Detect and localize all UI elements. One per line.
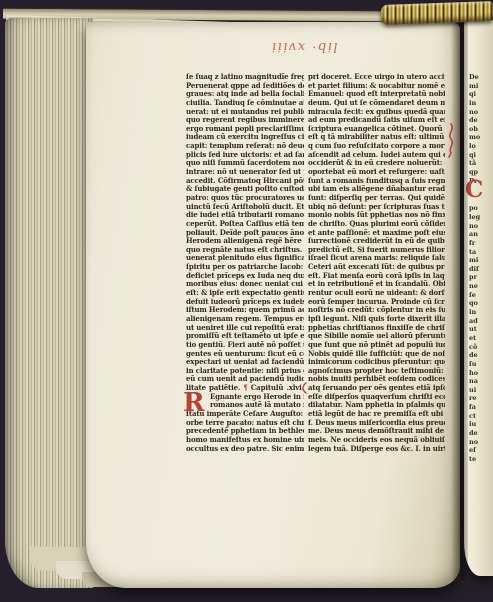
text-line: no	[469, 108, 492, 117]
text-line: ceperũt. Poſtea Caſſius etiã templũ ex-	[186, 220, 304, 229]
text-line: orbe terre pacato: natus eſt chriſtus ſe…	[186, 419, 304, 428]
text-line: die iudei etiã tributarii romanorum eſſe	[186, 211, 304, 220]
text-line: Ceteri aũt excecati ſũt: de quibus predi…	[308, 263, 445, 272]
text-line: po	[469, 204, 492, 213]
text-line: ob	[469, 125, 492, 134]
text-line: monio nobis ſũt pphetias nos nõ finxiſſe	[308, 211, 445, 220]
text-line: q cum ſuo reſuſcitato corpore a mortuis	[308, 142, 445, 151]
page-stack-fore-edge	[5, 18, 93, 588]
text-line: & ſubiugate genti poſito cuſtode Anti-	[186, 185, 304, 194]
text-line: ergo romani popli preclariſſimus prĩceps…	[186, 125, 304, 134]
column-lines: pri doceret. Ecce uirgo in utero accipie…	[308, 73, 445, 453]
text-line: quo regerent regibus immineret. Põpeius	[186, 116, 304, 125]
text-line: an	[469, 230, 492, 239]
text-line: in	[469, 308, 492, 317]
text-line: oportebat eũ mori et reſurgere: uaſtati	[308, 168, 445, 177]
text-line: fr	[469, 239, 492, 248]
text-line: uerat: ut ei mutandus rei publice ſtatus	[186, 108, 304, 117]
text-line: poliauit. Deĩde poſt paucos ãnos etiã	[186, 229, 304, 238]
text-line: accedit. Cõfirmatoq Hircani põtificatu	[186, 177, 304, 186]
chapter-label: Capitulũ	[251, 384, 284, 392]
text-line: tio gentiũ. Fieri autẽ nõ poſſet ut expe…	[186, 341, 304, 350]
text-line: mi	[469, 256, 492, 265]
text-line: de	[469, 429, 492, 438]
text-line: homo manifeſtus ex homine uirgine: deus	[186, 436, 304, 445]
text-line: fa	[469, 403, 492, 412]
text-line: ſu	[469, 360, 492, 369]
text-line: diſ	[469, 265, 492, 274]
text-line: et pariet filium: & uocabitur nomẽ eius	[308, 82, 445, 91]
text-line: quo niſi ſummũ ſacerdotem non licebat	[186, 159, 304, 168]
text-line: deum. Qui ut ſe cõmendaret deum multa	[308, 99, 445, 108]
text-line: ad eum predicandũ ſatis uiſum eſt eſſe	[308, 116, 445, 125]
text-line: inimicorum codicibus pferuntur: quos	[308, 358, 445, 367]
text-line: re	[469, 394, 492, 403]
text-line: patro: quos tũc procuratores uocabãt:	[186, 194, 304, 203]
text-line: Nobis quidẽ ille ſufficiũt: que de noſtr…	[308, 350, 445, 359]
text-line: me. Deus meus demõſtrauit mihi de inimic…	[308, 427, 445, 436]
facing-page-sliver: DemiqiinnodeobmoloqitãqpPr polegnoanfrta…	[464, 20, 493, 576]
text-line: lo	[469, 142, 492, 151]
text-line: ho	[469, 369, 492, 378]
text-line: iſtum Herodem: quem primũ acceperunt	[186, 306, 304, 315]
lombard-initial-c: C	[465, 180, 483, 200]
text-line: plicis ſed iure uictoris: et ad ſancta ſ…	[186, 151, 304, 160]
pilcrow-icon: ¶	[243, 384, 247, 392]
text-line: et	[469, 334, 492, 343]
text-line: eſ	[469, 446, 492, 455]
text-line: ad	[469, 317, 492, 326]
text-line: atq ſeruando per oẽs gentes etiã ipſos	[308, 384, 445, 393]
text-line: ſpiritu per os patriarche Iacob: ubi ait…	[186, 263, 304, 272]
text-line: de chriſto. Quas plurimi eorũ cõſiderant…	[308, 220, 445, 229]
text-line: ſcriptura euangelica cõtinet. Quorũ prim…	[308, 125, 445, 134]
text-line: precedentẽ pphetiam in bethleem Iude:	[186, 427, 304, 436]
text-line: et ante paſſionẽ: et maxime poſt eius re…	[308, 229, 445, 238]
text-line: ſunt a romanis funditusq a ſuis regnis	[308, 177, 445, 186]
text-line: moribus eius: donec ueniat cui repoſitũ	[186, 280, 304, 289]
fragment-lines: DemiqiinnodeobmoloqitãqpPr	[469, 73, 492, 185]
text-line: ut	[469, 325, 492, 334]
text-line: Herodem alienigenã regẽ hẽre meruerũt:	[186, 237, 304, 246]
text-line: uinctũ ſecũ Ariſtobolũ ducit. Et ex illa	[186, 203, 304, 212]
text-line: Emanuel: quod eſt interpretatũ nobiſcũ	[308, 90, 445, 99]
text-line: promiſſũ eſt teſtamẽto ut ipſe eſſet exp…	[186, 332, 304, 341]
text-line: eſt q tã mirabiliter natus eſt: ultimũ a…	[308, 133, 445, 142]
text-line: in claritate potentie: niſi prius creder…	[186, 367, 304, 376]
text-line: ubi iam eis aliẽgene dñabantur eradicati	[308, 185, 445, 194]
text-line: quo regnãte natus eſt chriſtus. Iam enĩ	[186, 246, 304, 255]
text-line: que ſunt que nõ ptinẽt ad populũ iudeorũ…	[308, 341, 445, 350]
text-line: miracula fecit: ex quibus quedã quantũ	[308, 108, 445, 117]
text-line: De	[469, 73, 492, 82]
text-line: alienigenam regem. Tempus ergo erat	[186, 315, 304, 324]
text-line: cõ	[469, 343, 492, 352]
text-line: gentes eũ uenturum: ſicut eũ cernimus	[186, 350, 304, 359]
text-line: de	[469, 351, 492, 360]
text-line: ui	[469, 386, 492, 395]
text-line: expectari ut ueniat ad faciendũ iudiciũ	[186, 358, 304, 367]
text-line: ubiq nõ deſunt: per ſcripturas ſuas teſt…	[308, 203, 445, 212]
gold-headband	[381, 1, 493, 25]
text-line: agnoſcimus propter hoc teſtimoniũ: quod	[308, 367, 445, 376]
text-line: ta	[469, 248, 492, 257]
facing-page-text-fragments: DemiqiinnodeobmoloqitãqpPr polegnoanfrta…	[469, 73, 492, 464]
text-line: f. Deus meus miſericordia eius preueniet	[308, 419, 445, 428]
rubric-heading-annotation: lib· xviii	[252, 33, 356, 59]
text-line: iſrael ſicut arena maris: reliquie ſalue…	[308, 254, 445, 263]
text-line: eſt. Fiat menſa eorũ corã ipſis in laque…	[308, 272, 445, 281]
text-line: ut ueniret ille cui repoſitũ erat: quod …	[186, 324, 304, 333]
text-line: te	[469, 455, 492, 464]
red-marginal-tick	[300, 382, 308, 394]
text-line: Peruenerat qppe ad ſeditiões domeſticas	[186, 82, 304, 91]
text-line: uenerat plenitudo eius ſignificata pphet…	[186, 254, 304, 263]
text-line: etiã legũt de hac re premiſſa eſt ubi di…	[308, 410, 445, 419]
text-line: no	[469, 222, 492, 231]
text-line: iudeam cũ exercitu ingreſſus ciuitatem	[186, 133, 304, 142]
text-line: graues: atq inde ad bella ſocialia: moxq	[186, 90, 304, 99]
text-line: nobis inuiti perhibẽt eoſdem codices hab…	[308, 375, 445, 384]
text-line: na	[469, 377, 492, 386]
text-line: in	[469, 99, 492, 108]
text-line: deficiet prĩceps ex Iuda neq dux de fe-	[186, 272, 304, 281]
text-line: rentur oculi eorũ ne uideant: & dorſum	[308, 289, 445, 298]
text-line: qi	[469, 90, 492, 99]
text-line: ſurrectionẽ crediderũt in eũ de quibus	[308, 237, 445, 246]
text-line: dilatatur. Nam pphetia in pſalmis quã	[308, 401, 445, 410]
text-line: eũ cum uenit ad paciendũ iudiciũ in humi…	[186, 375, 304, 384]
text-line: eſt: & ipſe erit expectatio gentiũ. Nõ e…	[186, 289, 304, 298]
text-line: aſcendit ad celum. Iudei autem qui eum	[308, 151, 445, 160]
text-line: ipſi legunt. Niſi quis forte dixerit ill…	[308, 315, 445, 324]
red-marginal-squiggle	[444, 122, 457, 158]
text-line: iu	[469, 420, 492, 429]
text-line: noſtris nõ credũt: cõplentur in eis ſue …	[308, 306, 445, 315]
column-lines: ſe ſuaq z latino magnitudĩe fregerat.Per…	[186, 73, 304, 384]
text-line: qi	[469, 151, 492, 160]
text-line: defuit iudeorũ prĩceps ex iudeis uſq ad	[186, 298, 304, 307]
text-line: intrare: nõ ut uenerator ſed ut pphanato…	[186, 168, 304, 177]
text-line: mi	[469, 82, 492, 91]
text-line: et in retributionẽ et in ſcandalũ. Obſcu…	[308, 280, 445, 289]
text-line: legem tuã. Diſperge eos &c. I. in uirtut…	[308, 445, 445, 454]
text-line: tã	[469, 159, 492, 168]
text-line: leg	[469, 213, 492, 222]
text-line: occiderũt & in eũ credere noluerũt: quia	[308, 159, 445, 168]
text-line: ſe ſuaq z latino magnitudĩe fregerat.	[186, 73, 304, 82]
text-line: pri doceret. Ecce uirgo in utero accipie…	[308, 73, 445, 82]
text-line: occultus ex deo patre. Sic enim ppheta	[186, 445, 304, 454]
text-column-right: pri doceret. Ecce uirgo in utero accipie…	[308, 73, 445, 453]
text-line: que Sibille nomĩe uel aliorũ pferuntur	[308, 332, 445, 341]
chapter-opening: R Egnante ergo Herode in iudea apudroman…	[186, 393, 304, 410]
text-line: ciuilia. Tandiuq ſe cõminutae atq cõtri,	[186, 99, 304, 108]
text-line: eorũ ſemper incurua. Proinde cũ ſcriptur…	[308, 298, 445, 307]
text-line: de	[469, 116, 492, 125]
text-line: pphetias chriſtianos finxiſſe de chriſto…	[308, 324, 445, 333]
text-line: no	[469, 438, 492, 447]
text-line: qo	[469, 299, 492, 308]
text-line: ſunt: diſperſiq per terras. Qui quidẽ	[308, 194, 445, 203]
lombard-initial-r: R	[183, 392, 204, 414]
text-column-left: ſe ſuaq z latino magnitudĩe fregerat.Per…	[186, 73, 304, 453]
photograph-of-incunabulum: lib· xviii ſe ſuaq z latino magnitudĩe f…	[0, 0, 493, 602]
text-line: eſſe diſperſos quaqverſum chriſti eccleſ…	[308, 393, 445, 402]
text-line: pr	[469, 273, 492, 282]
text-line: mo	[469, 133, 492, 142]
text-line: ct	[469, 412, 492, 421]
text-line: capit: templum reſerat: nõ deuotiõe ſup-	[186, 142, 304, 151]
text-line: predictũ eſt. Si fuerit numerus filiorum	[308, 246, 445, 255]
text-line: meis. Ne occideris eos nequã obliuiſcant…	[308, 436, 445, 445]
text-line: ſe	[469, 291, 492, 300]
text-line: ne	[469, 282, 492, 291]
fragment-lines: polegnoanfrtamidiſprneſeqoinadutetcõdeſu…	[469, 204, 492, 463]
